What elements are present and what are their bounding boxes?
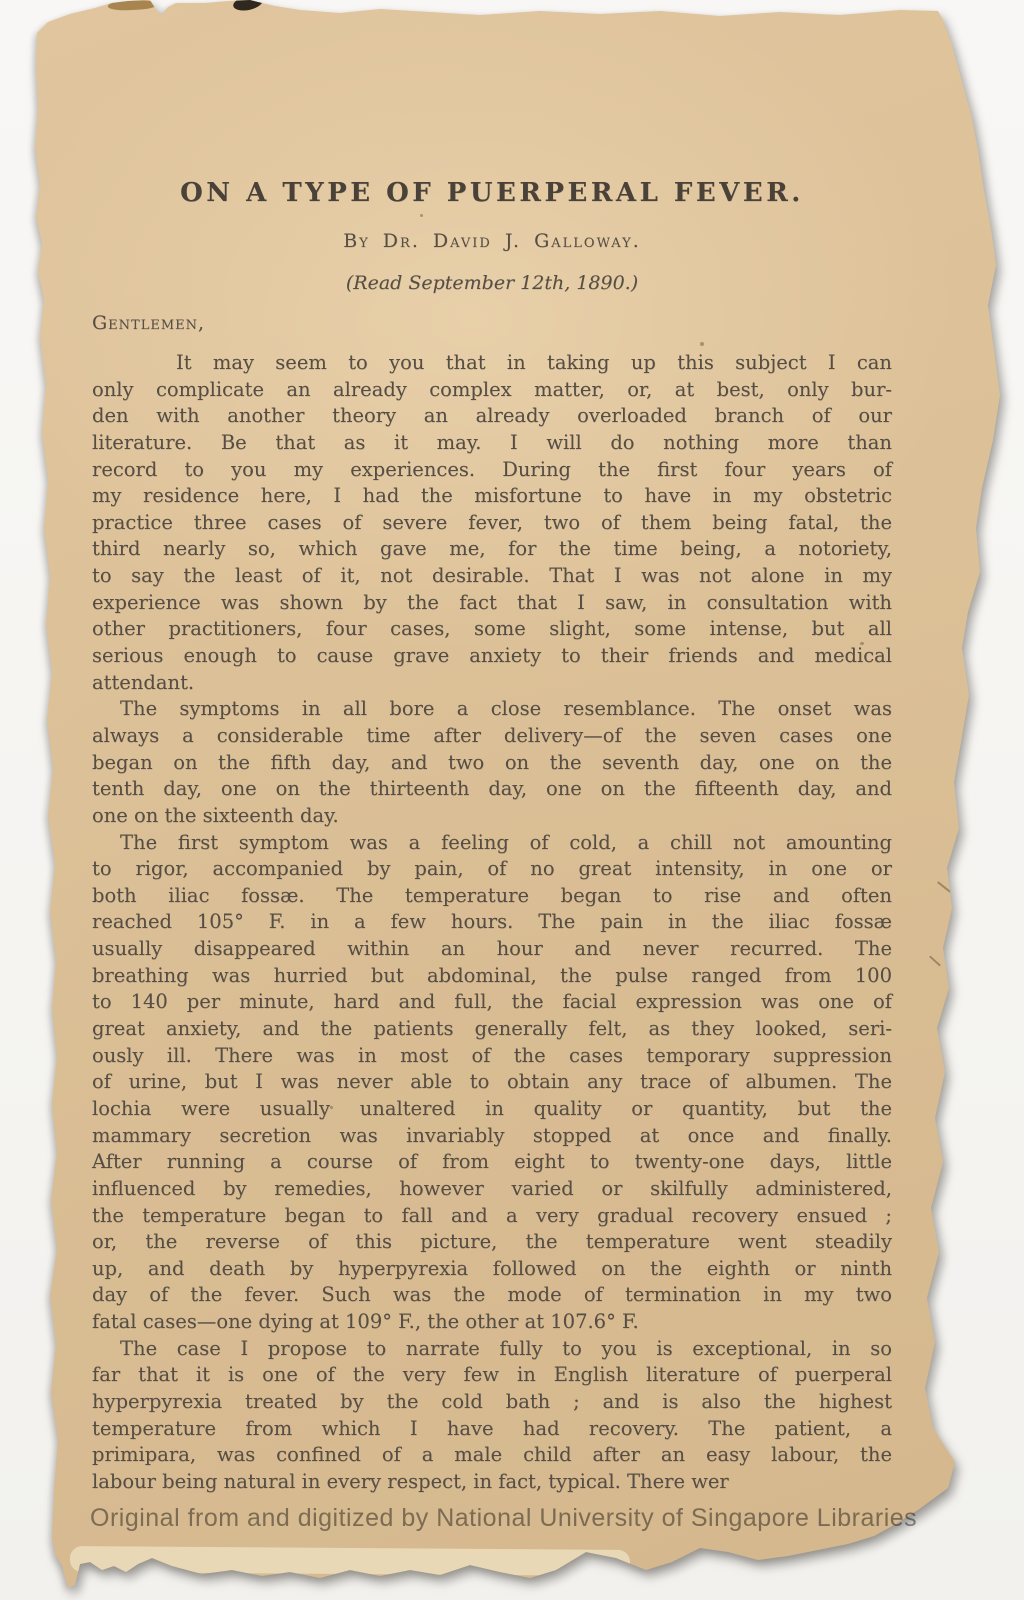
paper-shadow-wrap: ON A TYPE OF PUERPERAL FEVER. By Dr. Dav… — [0, 0, 1024, 1600]
text-line: one on the sixteenth day. — [92, 803, 892, 830]
text-line: primipara, was confined of a male child … — [92, 1442, 892, 1469]
text-line: The case I propose to narrate fully to y… — [92, 1336, 892, 1363]
text-line: breathing was hurried but abdominal, the… — [92, 963, 892, 990]
text-line: record to you my experiences. During the… — [92, 457, 892, 484]
text-line: tenth day, one on the thirteenth day, on… — [92, 776, 892, 803]
tear-fragment — [108, 0, 156, 11]
document-title: ON A TYPE OF PUERPERAL FEVER. — [92, 178, 892, 208]
text-line: fatal cases—one dying at 109° F., the ot… — [92, 1309, 892, 1336]
text-line: up, and death by hyperpyrexia followed o… — [92, 1256, 892, 1283]
document-byline: By Dr. David J. Galloway. — [92, 230, 892, 252]
text-line: It may seem to you that in taking up thi… — [92, 350, 892, 377]
paper-sheet: ON A TYPE OF PUERPERAL FEVER. By Dr. Dav… — [0, 0, 1024, 1600]
text-line: The first symptom was a feeling of cold,… — [92, 830, 892, 857]
text-line: the temperature began to fall and a very… — [92, 1203, 892, 1230]
text-line: began on the fifth day, and two on the s… — [92, 750, 892, 777]
text-line: day of the fever. Such was the mode of t… — [92, 1282, 892, 1309]
text-line: third nearly so, which gave me, for the … — [92, 536, 892, 563]
tear-hatch-mark — [929, 956, 941, 967]
text-line: experience was shown by the fact that I … — [92, 590, 892, 617]
age-speck — [700, 342, 704, 346]
text-line: usually disappeared within an hour and n… — [92, 936, 892, 963]
text-line: lochia were usually unaltered in quality… — [92, 1096, 892, 1123]
text-line: great anxiety, and the patients generall… — [92, 1016, 892, 1043]
text-line: to 140 per minute, hard and full, the fa… — [92, 989, 892, 1016]
text-line: serious enough to cause grave anxiety to… — [92, 643, 892, 670]
text-line: literature. Be that as it may. I will do… — [92, 430, 892, 457]
scanned-page: ON A TYPE OF PUERPERAL FEVER. By Dr. Dav… — [0, 0, 1024, 1600]
text-line: far that it is one of the very few in En… — [92, 1362, 892, 1389]
text-line: reached 105° F. in a few hours. The pain… — [92, 909, 892, 936]
text-line: my residence here, I had the misfortune … — [92, 483, 892, 510]
text-line: attendant. — [92, 670, 892, 697]
text-line: to rigor, accompanied by pain, of no gre… — [92, 856, 892, 883]
paragraph: The symptoms in all bore a close resembl… — [92, 696, 892, 829]
document-salutation: Gentlemen, — [92, 312, 205, 334]
tear-hatch-mark — [937, 881, 951, 892]
text-line: or, the reverse of this picture, the tem… — [92, 1229, 892, 1256]
body-paragraphs: It may seem to you that in taking up thi… — [92, 350, 892, 1496]
tear-underlayer — [70, 1546, 630, 1576]
text-line: always a considerable time after deliver… — [92, 723, 892, 750]
document-read-date: (Read September 12th, 1890.) — [92, 272, 892, 294]
text-line: to say the least of it, not desirable. T… — [92, 563, 892, 590]
paragraph: The first symptom was a feeling of cold,… — [92, 830, 892, 1336]
text-line: practice three cases of severe fever, tw… — [92, 510, 892, 537]
paragraph: It may seem to you that in taking up thi… — [92, 350, 892, 696]
text-line: influenced by remedies, however varied o… — [92, 1176, 892, 1203]
text-line: other practitioners, four cases, some sl… — [92, 616, 892, 643]
library-watermark: Original from and digitized by National … — [90, 1504, 917, 1533]
text-line: The symptoms in all bore a close resembl… — [92, 696, 892, 723]
text-line: both iliac fossæ. The temperature began … — [92, 883, 892, 910]
text-line: hyperpyrexia treated by the cold bath ; … — [92, 1389, 892, 1416]
text-line: of urine, but I was never able to obtain… — [92, 1069, 892, 1096]
text-line: den with another theory an already overl… — [92, 403, 892, 430]
text-line: ously ill. There was in most of the case… — [92, 1043, 892, 1070]
text-line: mammary secretion was invariably stopped… — [92, 1123, 892, 1150]
paragraph: The case I propose to narrate fully to y… — [92, 1336, 892, 1496]
text-line: temperature from which I have had recove… — [92, 1416, 892, 1443]
text-line: only complicate an already complex matte… — [92, 377, 892, 404]
text-line: labour being natural in every respect, i… — [92, 1469, 892, 1496]
ink-blot — [232, 0, 264, 13]
age-speck — [420, 214, 423, 217]
text-line: After running a course of from eight to … — [92, 1149, 892, 1176]
